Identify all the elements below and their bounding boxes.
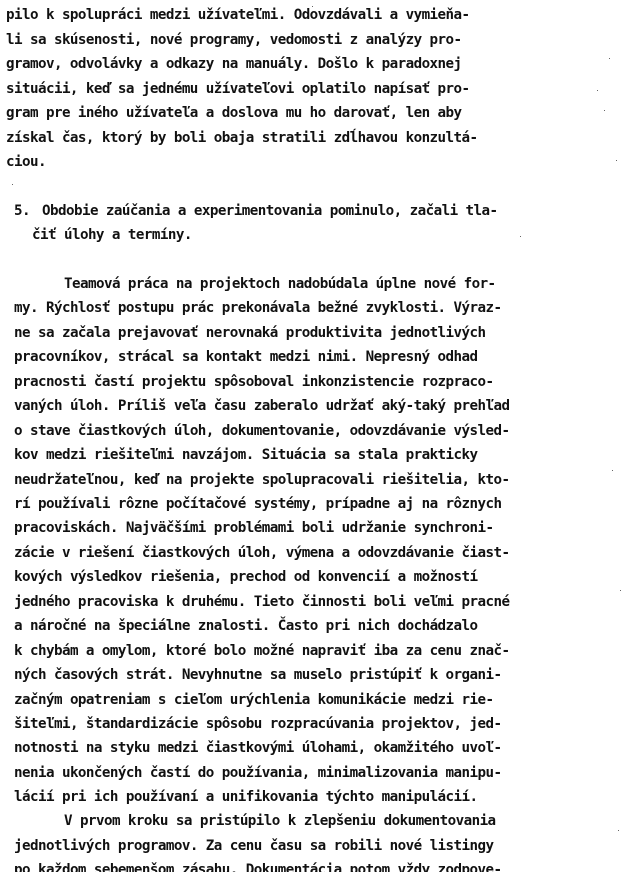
scan-noise <box>604 110 605 111</box>
text-line: li sa skúsenosti, nové programy, vedomos… <box>6 31 462 49</box>
paragraph-line: nenia ukončených častí do používania, mi… <box>14 764 502 782</box>
paragraph-line: pracovníkov, strácal sa kontakt medzi ni… <box>14 348 478 366</box>
paragraph-line: jednotlivých programov. Za cenu času sa … <box>14 837 494 855</box>
scan-noise <box>620 590 621 591</box>
paragraph-line: kov medzi riešiteľmi navzájom. Situácia … <box>14 446 478 464</box>
paragraph-line: V prvom kroku sa pristúpilo k zlepšeniu … <box>64 812 496 830</box>
scanned-document-page: pilo k spolupráci medzi užívateľmi. Odov… <box>0 0 629 872</box>
paragraph-line: neudržateľnou, keď na projekte spoluprac… <box>14 471 509 489</box>
scan-noise <box>616 160 617 161</box>
paragraph-line: rí používali rôzne počítačové systémy, p… <box>14 495 502 513</box>
text-line: situácii, keď sa jednému užívateľovi opl… <box>6 80 470 98</box>
paragraph-line: ne sa začala prejavovať nerovnaká produk… <box>14 324 486 342</box>
paragraph-line: pracnosti častí projektu spôsoboval inko… <box>14 373 494 391</box>
paragraph-line: my. Rýchlosť postupu prác prekonávala be… <box>14 299 502 317</box>
paragraph-line: vaných úloh. Príliš veľa času zaberalo u… <box>14 397 509 415</box>
text-line: získal čas, ktorý by boli obaja stratili… <box>6 129 478 147</box>
text-line: ciou. <box>6 153 46 171</box>
paragraph-line: a náročné na špeciálne znalosti. Často p… <box>14 617 478 635</box>
paragraph-line: po každom sebemenšom zásahu. Dokumentáci… <box>14 861 502 872</box>
list-item-text: čiť úlohy a termíny. <box>32 226 192 244</box>
paragraph-line: o stave čiastkových úloh, dokumentovanie… <box>14 422 509 440</box>
paragraph-line: k chybám a omylom, ktoré bolo možné napr… <box>14 642 509 660</box>
scan-noise <box>12 184 13 185</box>
paragraph-line: pracoviskách. Najväčšími problémami boli… <box>14 519 494 537</box>
text-line: gram pre iného užívateľa a doslova mu ho… <box>6 104 462 122</box>
list-item-number: 5. <box>14 202 30 220</box>
paragraph-line: notnosti na styku medzi čiastkovými úloh… <box>14 739 502 757</box>
scan-noise <box>618 830 619 831</box>
paragraph-line: lácií pri ich používaní a unifikovania t… <box>14 788 478 806</box>
scan-noise <box>520 236 521 237</box>
paragraph-line: Teamová práca na projektoch nadobúdala ú… <box>64 275 496 293</box>
paragraph-line: jedného pracoviska k druhému. Tieto činn… <box>14 593 509 611</box>
paragraph-line: kových výsledkov riešenia, prechod od ko… <box>14 568 478 586</box>
paragraph-line: ných časových strát. Nevyhnutne sa musel… <box>14 666 502 684</box>
text-line: pilo k spolupráci medzi užívateľmi. Odov… <box>6 6 470 24</box>
scan-noise <box>597 90 598 91</box>
scan-noise <box>609 58 610 59</box>
scan-noise <box>312 6 313 7</box>
text-line: gramov, odvolávky a odkazy na manuály. D… <box>6 55 462 73</box>
scan-noise <box>612 470 613 471</box>
list-item-text: Obdobie zaúčania a experimentovania pomi… <box>42 202 498 220</box>
paragraph-line: zácie v riešení čiastkových úloh, výmena… <box>14 544 509 562</box>
paragraph-line: šiteľmi, štandardizácie spôsobu rozpracú… <box>14 715 502 733</box>
paragraph-line: začným opatreniam s cieľom urýchlenia ko… <box>14 691 494 709</box>
